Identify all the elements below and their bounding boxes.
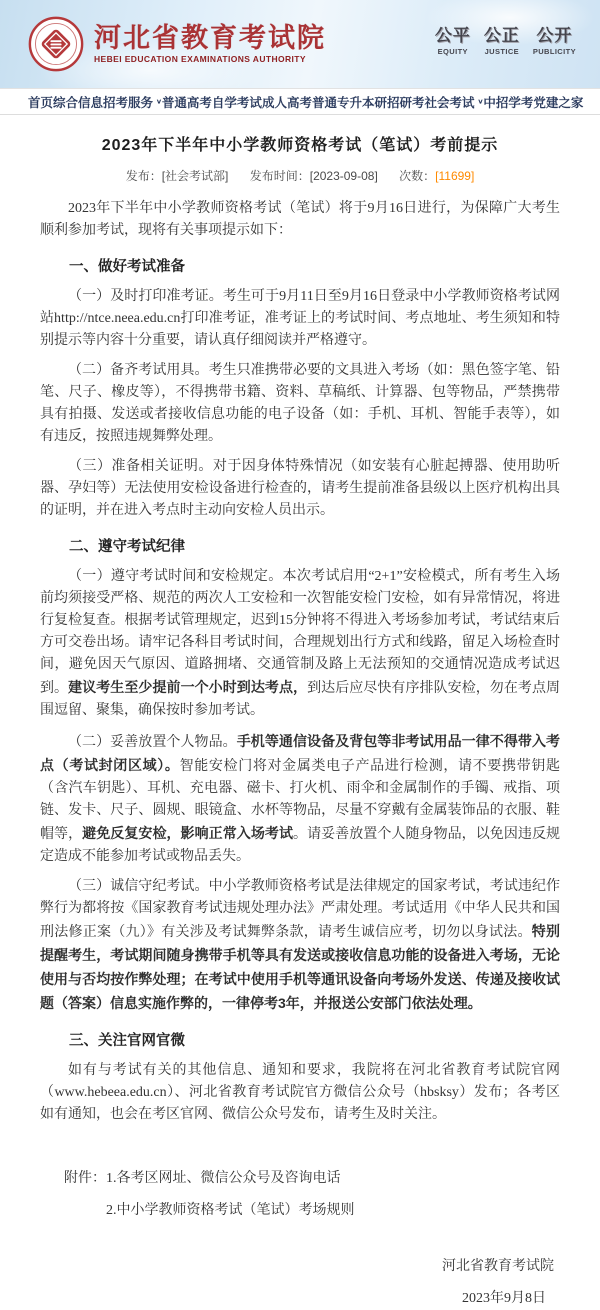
nav-item-label: 社会考试 (424, 93, 474, 111)
body-text: （二）备齐考试用具。考生只准携带必要的文具进入考场（如：黑色签字笔、铅笔、尺子、… (40, 363, 560, 444)
meta-count-label: 次数： (399, 169, 435, 183)
paragraph: （三）准备相关证明。对于因身体特殊情况（如安装有心脏起搏器、使用助听器、孕妇等）… (40, 456, 560, 522)
nav-item-11[interactable]: 党建之家 (533, 93, 583, 111)
nav-item-label: 自学考试 (212, 93, 262, 111)
attachments-label: 附件： (64, 1171, 106, 1186)
paragraph: （二）妥善放置个人物品。手机等通信设备及背包等非考试用品一律不得带入考点（考试封… (40, 730, 560, 868)
meta-publish-time: 发布时间：[2023-09-08] (250, 169, 378, 183)
seal-cn-label: 公正 (484, 27, 520, 45)
nav-item-7[interactable]: 普通专升本 (312, 93, 375, 111)
seal-publicity: 公开PUBLICITY (533, 27, 576, 56)
body-text: 一、做好考试准备 (69, 259, 185, 275)
body-text: （一）遵守考试时间和安检规定。本次考试启用“2+1”安检模式，所有考生入场前均须… (40, 569, 560, 696)
seal-justice: 公正JUSTICE (484, 27, 520, 56)
emphasis-text: 避免反复安检，影响正常入场考试 (82, 825, 293, 841)
seal-en-label: EQUITY (435, 47, 471, 56)
nav-item-label: 普通专升本 (312, 93, 375, 111)
paragraph: （二）备齐考试用具。考生只准携带必要的文具进入考场（如：黑色签字笔、铅笔、尺子、… (40, 360, 560, 448)
meta-view-count: 次数：[11699] (399, 169, 474, 183)
site-logo[interactable]: 河北省教育考试院 HEBEI EDUCATION EXAMINATIONS AU… (28, 16, 326, 72)
nav-item-label: 成人高考 (262, 93, 312, 111)
site-header: 河北省教育考试院 HEBEI EDUCATION EXAMINATIONS AU… (0, 0, 600, 88)
signoff: 河北省教育考试院 2023年9月8日 (40, 1256, 560, 1310)
signoff-date: 2023年9月8日 (40, 1288, 546, 1310)
nav-item-2[interactable]: 综合信息 (53, 93, 103, 111)
body-text: （三）诚信守纪考试。中小学教师资格考试是法律规定的国家考试，考试违纪作弊行为都将… (40, 879, 560, 940)
meta-count-value: [11699] (435, 169, 474, 183)
nav-item-label: 研招研考 (374, 93, 424, 111)
nav-item-1[interactable]: 首页 (28, 93, 53, 111)
nav-item-label: 普通高考 (162, 93, 212, 111)
hebeea-emblem-icon (28, 16, 84, 72)
meta-publisher-value: [社会考试部] (162, 169, 229, 183)
section-heading: 一、做好考试准备 (40, 256, 560, 278)
page: 河北省教育考试院 HEBEI EDUCATION EXAMINATIONS AU… (0, 0, 600, 1310)
attachments: 附件：1.各考区网址、微信公众号及咨询电话 2.中小学教师资格考试（笔试）考场规… (40, 1168, 560, 1222)
emphasis-text: 建议考生至少提前一个小时到达考点， (68, 679, 307, 695)
paragraph: （一）遵守考试时间和安检规定。本次考试启用“2+1”安检模式，所有考生入场前均须… (40, 566, 560, 722)
page-title: 2023年下半年中小学教师资格考试（笔试）考前提示 (40, 135, 560, 157)
org-text: 河北省教育考试院 HEBEI EDUCATION EXAMINATIONS AU… (94, 23, 326, 65)
section-heading: 三、关注官网官微 (40, 1030, 560, 1052)
nav-bar: 首页综合信息招考服务∨普通高考自学考试成人高考普通专升本研招研考社会考试∨中招学… (0, 88, 600, 115)
attachment-item-1: 1.各考区网址、微信公众号及咨询电话 (106, 1171, 341, 1186)
nav-item-label: 中招学考 (483, 93, 533, 111)
chevron-down-icon: ∨ (156, 98, 162, 105)
nav-item-10[interactable]: 中招学考 (483, 93, 533, 111)
attachment-line-1: 附件：1.各考区网址、微信公众号及咨询电话 (64, 1168, 560, 1190)
nav-item-5[interactable]: 自学考试 (212, 93, 262, 111)
section-heading: 二、遵守考试纪律 (40, 536, 560, 558)
seal-equity: 公平EQUITY (435, 27, 471, 56)
article-meta: 发布：[社会考试部] 发布时间：[2023-09-08] 次数：[11699] (40, 167, 560, 184)
signoff-org: 河北省教育考试院 (40, 1256, 554, 1278)
article: 2023年下半年中小学教师资格考试（笔试）考前提示 发布：[社会考试部] 发布时… (0, 115, 600, 1310)
body-text: 如有与考试有关的其他信息、通知和要求，我院将在河北省教育考试院官网（www.he… (40, 1063, 560, 1122)
meta-publisher-label: 发布： (126, 169, 162, 183)
meta-publisher: 发布：[社会考试部] (126, 169, 229, 183)
seal-en-label: PUBLICITY (533, 47, 576, 56)
paragraph: 2023年下半年中小学教师资格考试（笔试）将于9月16日进行，为保障广大考生顺利… (40, 198, 560, 242)
nav-item-8[interactable]: 研招研考 (374, 93, 424, 111)
seals: 公平EQUITY公正JUSTICE公开PUBLICITY (435, 27, 576, 62)
nav-item-label: 党建之家 (533, 93, 583, 111)
nav-item-4[interactable]: 普通高考 (162, 93, 212, 111)
meta-time-value: [2023-09-08] (310, 169, 378, 183)
body-text: 2023年下半年中小学教师资格考试（笔试）将于9月16日进行，为保障广大考生顺利… (40, 201, 560, 238)
nav-item-label: 首页 (28, 93, 53, 111)
paragraph: （一）及时打印准考证。考生可于9月11日至9月16日登录中小学教师资格考试网站h… (40, 286, 560, 352)
seal-cn-label: 公开 (533, 27, 576, 45)
paragraph: （三）诚信守纪考试。中小学教师资格考试是法律规定的国家考试，考试违纪作弊行为都将… (40, 876, 560, 1016)
body-text: （二）妥善放置个人物品。 (68, 735, 237, 750)
nav-item-label: 综合信息 (53, 93, 103, 111)
body-text: 三、关注官网官微 (69, 1033, 185, 1049)
article-body: 2023年下半年中小学教师资格考试（笔试）将于9月16日进行，为保障广大考生顺利… (40, 198, 560, 1126)
seal-en-label: JUSTICE (484, 47, 520, 56)
chevron-down-icon: ∨ (478, 98, 484, 105)
body-text: （三）准备相关证明。对于因身体特殊情况（如安装有心脏起搏器、使用助听器、孕妇等）… (40, 459, 560, 518)
org-name-cn: 河北省教育考试院 (94, 23, 326, 53)
attachment-item-2: 2.中小学教师资格考试（笔试）考场规则 (106, 1203, 355, 1218)
meta-time-label: 发布时间： (250, 169, 310, 183)
attachment-line-2: 2.中小学教师资格考试（笔试）考场规则 (106, 1200, 560, 1222)
body-text: 二、遵守考试纪律 (69, 539, 185, 555)
nav-item-3[interactable]: 招考服务∨ (103, 93, 162, 111)
nav-item-label: 招考服务 (103, 93, 153, 111)
seal-cn-label: 公平 (435, 27, 471, 45)
nav-item-6[interactable]: 成人高考 (262, 93, 312, 111)
org-name-en: HEBEI EDUCATION EXAMINATIONS AUTHORITY (94, 53, 326, 65)
body-text: （一）及时打印准考证。考生可于9月11日至9月16日登录中小学教师资格考试网站h… (40, 289, 560, 348)
paragraph: 如有与考试有关的其他信息、通知和要求，我院将在河北省教育考试院官网（www.he… (40, 1060, 560, 1126)
nav-item-9[interactable]: 社会考试∨ (424, 93, 483, 111)
